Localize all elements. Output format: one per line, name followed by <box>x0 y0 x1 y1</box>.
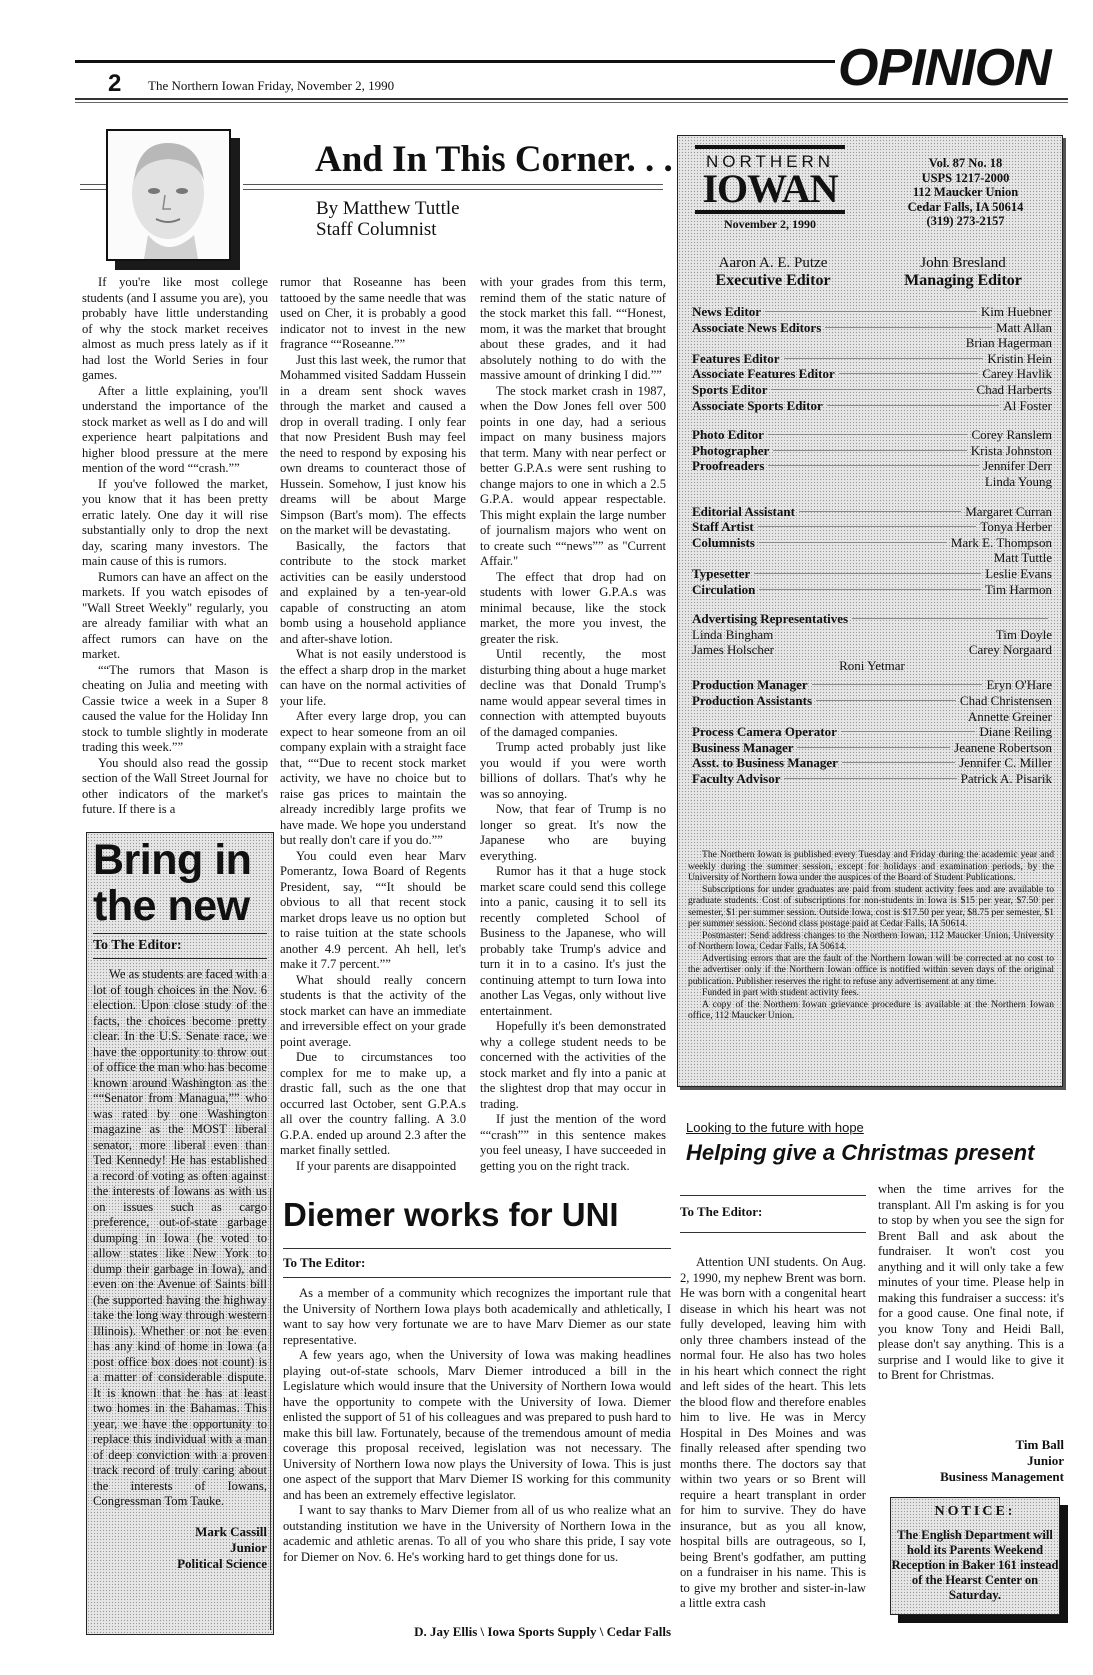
staff-row: Process Camera OperatorDiane Reiling <box>692 724 1052 740</box>
staff-name: Tim Doyle <box>996 627 1052 643</box>
paragraph: Trump acted probably just like you would… <box>480 740 666 802</box>
staff-role: Proofreaders <box>692 458 764 474</box>
executive-editor: Aaron A. E. Putze Executive Editor <box>678 254 868 290</box>
staff-row: Associate Features EditorCarey Havlik <box>692 366 1052 382</box>
paragraph: Hopefully it's been demonstrated why a c… <box>480 1019 666 1112</box>
letter-headline: Diemer works for UNI <box>283 1196 619 1234</box>
column-text-col1: If you're like most college students (an… <box>82 275 268 818</box>
staff-name: Roni Yetmar <box>692 658 1052 674</box>
staff-row: ProofreadersJennifer Derr <box>692 458 1052 474</box>
phone: (319) 273-2157 <box>873 214 1058 229</box>
letter-body: As a member of a community which recogni… <box>283 1286 671 1565</box>
paragraph: Subscriptions for under graduates are pa… <box>688 884 1054 930</box>
staff-row: Staff ArtistTonya Herber <box>692 519 1052 535</box>
page-number: 2 <box>108 70 121 98</box>
header-double-rule <box>75 98 1068 103</box>
newspaper-logo: NORTHERN IOWAN November 2, 1990 <box>695 145 845 232</box>
staff-role: Production Manager <box>692 677 808 693</box>
column-text-col2: rumor that Roseanne has been tattooed by… <box>280 275 466 1174</box>
letter-salutation: To The Editor: <box>680 1195 866 1233</box>
staff-row: ColumnistsMark E. Thompson <box>692 535 1052 551</box>
masthead-date: November 2, 1990 <box>695 217 845 232</box>
signature-name: Mark Cassill <box>93 1524 267 1540</box>
staff-row: Editorial AssistantMargaret Curran <box>692 504 1052 520</box>
letter-signature: Mark Cassill Junior Political Science <box>93 1524 267 1572</box>
staff-row: Brian Hagerman <box>692 335 1052 351</box>
staff-role: Columnists <box>692 535 755 551</box>
signature-year: Junior <box>878 1453 1064 1469</box>
staff-role: Asst. to Business Manager <box>692 755 838 771</box>
letter-kicker: Looking to the future with hope <box>686 1120 864 1135</box>
staff-row: CirculationTim Harmon <box>692 582 1052 598</box>
leader-line <box>768 434 968 435</box>
staff-role: Associate News Editors <box>692 320 821 336</box>
staff-name: Matt Tuttle <box>994 550 1052 566</box>
managing-editor: John Bresland Managing Editor <box>868 254 1058 290</box>
staff-role: Process Camera Operator <box>692 724 837 740</box>
staff-role: Photographer <box>692 443 769 459</box>
staff-role: Editorial Assistant <box>692 504 795 520</box>
paragraph: What is not easily understood is the eff… <box>280 647 466 709</box>
staff-list: News EditorKim HuebnerAssociate News Edi… <box>692 304 1052 787</box>
staff-row: Matt Tuttle <box>692 550 1052 566</box>
leader-line <box>754 573 981 574</box>
volume: Vol. 87 No. 18 <box>873 156 1058 171</box>
letter-bring-in-the-new: Bring in the new To The Editor: We as st… <box>86 832 274 1635</box>
headline-rule-right <box>243 184 663 190</box>
paragraph: Just this last week, the rumor that Moha… <box>280 353 466 539</box>
paragraph: Funded in part with student activity fee… <box>688 987 1054 999</box>
staff-row: PhotographerKrista Johnston <box>692 443 1052 459</box>
staff-row: Sports EditorChad Harberts <box>692 382 1052 398</box>
byline-title: Staff Columnist <box>316 219 460 240</box>
staff-role: Staff Artist <box>692 519 754 535</box>
staff-name: Chad Christensen <box>960 693 1052 709</box>
staff-name: Diane Reiling <box>979 724 1052 740</box>
staff-role: Photo Editor <box>692 427 764 443</box>
leader-line <box>841 731 976 732</box>
staff-row: Asst. to Business ManagerJennifer C. Mil… <box>692 755 1052 771</box>
staff-name: Leslie Evans <box>985 566 1052 582</box>
leader-line <box>759 542 947 543</box>
letter-body-col2: when the time arrives for the transplant… <box>878 1182 1064 1384</box>
editor-name: Aaron A. E. Putze <box>719 255 828 271</box>
staff-name: Margaret Curran <box>965 504 1052 520</box>
signature-major: Political Science <box>93 1556 267 1572</box>
section-title: OPINION <box>838 38 1051 98</box>
staff-name: Jeanene Robertson <box>954 740 1052 756</box>
letter-signature: D. Jay Ellis \ Iowa Sports Supply \ Ceda… <box>283 1624 671 1640</box>
paragraph: A few years ago, when the University of … <box>283 1348 671 1503</box>
letter-salutation: To The Editor: <box>93 933 267 959</box>
staff-role: Advertising Representatives <box>692 611 848 627</box>
staff-role: Circulation <box>692 582 755 598</box>
paragraph: with your grades from this term, remind … <box>480 275 666 384</box>
divider <box>270 1188 271 1630</box>
paragraph: The Northern Iowan is published every Tu… <box>688 849 1054 884</box>
paragraph: We as students are faced with a lot of t… <box>93 967 267 1510</box>
header-rule <box>75 60 835 63</box>
staff-name: Kim Huebner <box>981 304 1052 320</box>
staff-role: Sports Editor <box>692 382 767 398</box>
logo-iowan: IOWAN <box>695 172 845 206</box>
staff-row: Associate News EditorsMatt Allan <box>692 320 1052 336</box>
staff-name: Linda Bingham <box>692 627 773 643</box>
masthead-info: Vol. 87 No. 18 USPS 1217-2000 112 Maucke… <box>873 156 1058 229</box>
staff-name: Al Foster <box>1003 398 1052 414</box>
staff-name: James Holscher <box>692 642 774 658</box>
portrait-image <box>108 131 229 259</box>
staff-name: Jennifer C. Miller <box>959 755 1052 771</box>
signature-year: Junior <box>93 1540 267 1556</box>
staff-name: Eryn O'Hare <box>986 677 1052 693</box>
letter-headline: Helping give a Christmas present <box>686 1140 1034 1166</box>
address: 112 Maucker Union <box>873 185 1058 200</box>
staff-row: Production ManagerEryn O'Hare <box>692 677 1052 693</box>
staff-row: Production AssistantsChad Christensen <box>692 693 1052 709</box>
staff-row: Associate Sports EditorAl Foster <box>692 398 1052 414</box>
staff-row: Photo EditorCorey Ranslem <box>692 427 1052 443</box>
paragraph: Rumors can have an affect on the markets… <box>82 570 268 663</box>
letter-headline: Bring in the new <box>93 837 267 929</box>
advertising-row: Linda Bingham Tim Doyle <box>692 627 1052 643</box>
leader-line <box>759 589 981 590</box>
staff-name: Mark E. Thompson <box>951 535 1052 551</box>
paragraph: Basically, the factors that contribute t… <box>280 539 466 648</box>
paragraph: Rumor has it that a huge stock market sc… <box>480 864 666 1019</box>
paragraph: when the time arrives for the transplant… <box>878 1182 1064 1384</box>
notice-title: NOTICE: <box>891 1504 1059 1520</box>
letter-salutation: To The Editor: <box>283 1248 671 1278</box>
leader-line <box>827 405 1000 406</box>
staff-row: Faculty AdvisorPatrick A. Pisarik <box>692 771 1052 787</box>
paragraph: Due to circumstances too complex for me … <box>280 1050 466 1159</box>
city: Cedar Falls, IA 50614 <box>873 200 1058 215</box>
paragraph: ““The rumors that Mason is cheating on J… <box>82 663 268 756</box>
staff-name: Chad Harberts <box>977 382 1052 398</box>
staff-role: Features Editor <box>692 351 780 367</box>
staff-role: Associate Features Editor <box>692 366 835 382</box>
staff-name: Carey Norgaard <box>969 642 1052 658</box>
staff-row: Linda Young <box>692 474 1052 490</box>
paragraph: If you're like most college students (an… <box>82 275 268 384</box>
paragraph: You could even hear Marv Pomerantz, Iowa… <box>280 849 466 973</box>
signature-major: Business Management <box>878 1469 1064 1485</box>
paragraph: If just the mention of the word ““crash”… <box>480 1112 666 1174</box>
staff-row: Business ManagerJeanene Robertson <box>692 740 1052 756</box>
publication-dateline: The Northern Iowan Friday, November 2, 1… <box>148 78 394 94</box>
staff-name: Tonya Herber <box>980 519 1052 535</box>
paragraph: As a member of a community which recogni… <box>283 1286 671 1348</box>
staff-name: Annette Greiner <box>968 709 1052 725</box>
letter-body: We as students are faced with a lot of t… <box>93 967 267 1510</box>
staff-row: News EditorKim Huebner <box>692 304 1052 320</box>
paragraph: After every large drop, you can expect t… <box>280 709 466 849</box>
masthead-box: NORTHERN IOWAN November 2, 1990 Vol. 87 … <box>677 135 1063 1087</box>
staff-role: Faculty Advisor <box>692 771 780 787</box>
staff-role: Business Manager <box>692 740 793 756</box>
headline-rule-left <box>80 184 106 190</box>
staff-name: Matt Allan <box>996 320 1052 336</box>
staff-name: Jennifer Derr <box>983 458 1052 474</box>
advertising-header: Advertising Representatives <box>692 611 1052 627</box>
staff-row: Annette Greiner <box>692 709 1052 725</box>
staff-name: Carey Havlik <box>982 366 1052 382</box>
signature-name: Tim Ball <box>878 1437 1064 1453</box>
column-byline: By Matthew Tuttle Staff Columnist <box>316 198 460 240</box>
paragraph: You should also read the gossip section … <box>82 756 268 818</box>
letter-body-col1: Attention UNI students. On Aug. 2, 1990,… <box>680 1255 866 1612</box>
advertising-row: James Holscher Carey Norgaard <box>692 642 1052 658</box>
editor-name: John Bresland <box>920 255 1005 271</box>
notice-body: The English Department will hold its Par… <box>891 1528 1059 1603</box>
staff-role: Production Assistants <box>692 693 812 709</box>
paragraph: If your parents are disappointed <box>280 1159 466 1175</box>
staff-role: Typesetter <box>692 566 750 582</box>
paragraph: I want to say thanks to Marv Diemer from… <box>283 1503 671 1565</box>
editor-title: Managing Editor <box>868 272 1058 290</box>
paragraph: rumor that Roseanne has been tattooed by… <box>280 275 466 353</box>
paragraph: The effect that drop had on students wit… <box>480 570 666 648</box>
leader-line <box>765 311 977 312</box>
staff-name: Krista Johnston <box>971 443 1052 459</box>
staff-name: Tim Harmon <box>985 582 1052 598</box>
paragraph: Now, that fear of Trump is no longer so … <box>480 802 666 864</box>
column-headline: And In This Corner. . . <box>315 138 673 181</box>
paragraph: Until recently, the most disturbing thin… <box>480 647 666 740</box>
logo-rule <box>695 145 845 149</box>
staff-name: Patrick A. Pisarik <box>961 771 1052 787</box>
leader-line <box>812 684 983 685</box>
letter-signature: Tim Ball Junior Business Management <box>878 1437 1064 1485</box>
staff-name: Brian Hagerman <box>966 335 1052 351</box>
staff-row: Features EditorKristin Hein <box>692 351 1052 367</box>
paragraph: Advertising errors that are the fault of… <box>688 953 1054 988</box>
leader-line <box>839 373 979 374</box>
editor-title: Executive Editor <box>678 272 868 290</box>
column-text-col3: with your grades from this term, remind … <box>480 275 666 1174</box>
leader-line <box>773 450 966 451</box>
paragraph: A copy of the Northern Iowan grievance p… <box>688 999 1054 1022</box>
leader-line <box>842 762 955 763</box>
columnist-photo <box>106 129 231 261</box>
paragraph: If you've followed the market, you know … <box>82 477 268 570</box>
staff-row: TypesetterLeslie Evans <box>692 566 1052 582</box>
usps: USPS 1217-2000 <box>873 171 1058 186</box>
staff-name: Linda Young <box>985 474 1052 490</box>
paragraph: Postmaster: Send address changes to the … <box>688 930 1054 953</box>
leader-line <box>771 389 972 390</box>
byline-name: By Matthew Tuttle <box>316 198 460 219</box>
leader-line <box>825 327 992 328</box>
leader-line <box>816 700 956 701</box>
staff-name: Kristin Hein <box>987 351 1052 367</box>
paragraph: Attention UNI students. On Aug. 2, 1990,… <box>680 1255 866 1612</box>
leader-line <box>758 526 977 527</box>
staff-role: Associate Sports Editor <box>692 398 823 414</box>
leader-line <box>797 747 950 748</box>
notice-box: NOTICE: The English Department will hold… <box>890 1497 1060 1615</box>
paragraph: The stock market crash in 1987, when the… <box>480 384 666 570</box>
leader-line <box>799 511 961 512</box>
leader-line <box>784 778 956 779</box>
paragraph: What should really concern students is t… <box>280 973 466 1051</box>
leader-line <box>784 358 984 359</box>
leader-line <box>768 465 979 466</box>
paragraph: After a little explaining, you'll unders… <box>82 384 268 477</box>
staff-role: News Editor <box>692 304 761 320</box>
staff-name: Corey Ranslem <box>971 427 1052 443</box>
masthead-fine-print: The Northern Iowan is published every Tu… <box>688 849 1054 1022</box>
